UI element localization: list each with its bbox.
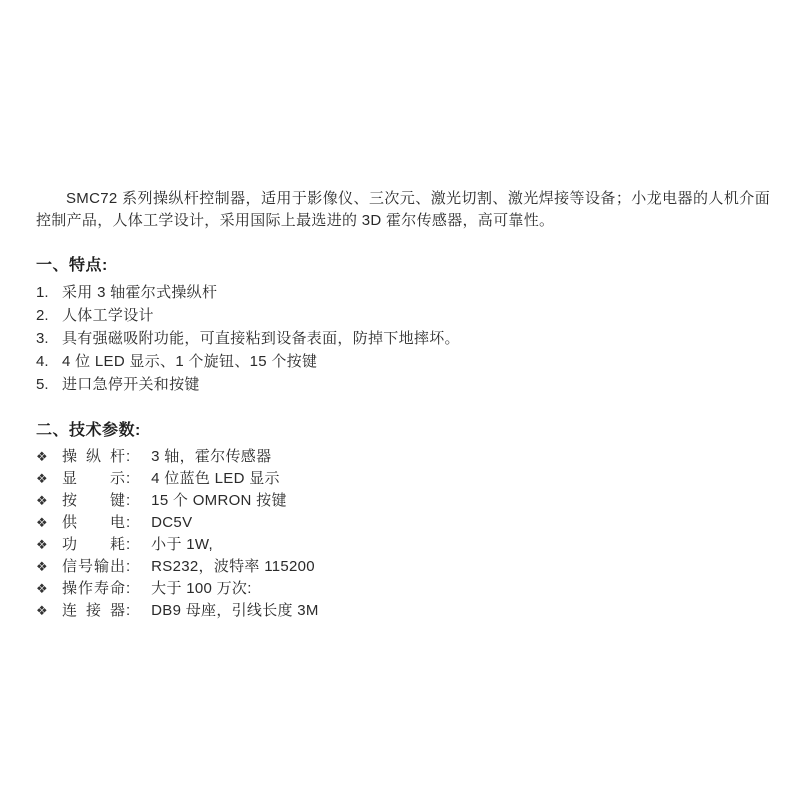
spec-label: 连接器 xyxy=(62,600,125,622)
spec-colon: : xyxy=(126,534,130,556)
spec-row: ❖ 供电: DC5V xyxy=(36,512,770,534)
spec-label: 操纵杆 xyxy=(62,446,125,468)
spec-colon: : xyxy=(126,556,130,578)
spec-value: 大于 100 万次: xyxy=(151,578,252,600)
spec-value: DB9 母座，引线长度 3M xyxy=(151,600,319,622)
item-text: 采用 3 轴霍尔式操纵杆 xyxy=(62,281,217,304)
spec-value: DC5V xyxy=(151,512,192,534)
spec-row: ❖ 操纵杆: 3 轴，霍尔传感器 xyxy=(36,446,770,468)
intro-paragraph: SMC72 系列操纵杆控制器，适用于影像仪、三次元、激光切割、激光焊接等设备；小… xyxy=(36,188,770,231)
spec-value: RS232，波特率 115200 xyxy=(151,556,315,578)
diamond-bullet-icon: ❖ xyxy=(36,578,62,600)
spec-row: ❖ 信号输出: RS232，波特率 115200 xyxy=(36,556,770,578)
spec-colon: : xyxy=(126,512,130,534)
spec-label: 信号输出 xyxy=(62,556,125,578)
feature-item: 1. 采用 3 轴霍尔式操纵杆 xyxy=(36,281,770,304)
item-number: 3. xyxy=(36,327,62,350)
item-number: 1. xyxy=(36,281,62,304)
diamond-bullet-icon: ❖ xyxy=(36,490,62,512)
feature-item: 3. 具有强磁吸附功能，可直接粘到设备表面，防掉下地摔坏。 xyxy=(36,327,770,350)
item-text: 人体工学设计 xyxy=(62,304,154,327)
specs-heading: 二、技术参数: xyxy=(36,417,770,440)
item-text: 4 位 LED 显示、1 个旋钮、15 个按键 xyxy=(62,350,317,373)
spec-value: 4 位蓝色 LED 显示 xyxy=(151,468,280,490)
diamond-bullet-icon: ❖ xyxy=(36,534,62,556)
spec-value: 3 轴，霍尔传感器 xyxy=(151,446,271,468)
diamond-bullet-icon: ❖ xyxy=(36,556,62,578)
diamond-bullet-icon: ❖ xyxy=(36,512,62,534)
spec-value: 小于 1W, xyxy=(151,534,213,556)
item-number: 2. xyxy=(36,304,62,327)
diamond-bullet-icon: ❖ xyxy=(36,468,62,490)
document-content: SMC72 系列操纵杆控制器，适用于影像仪、三次元、激光切割、激光焊接等设备；小… xyxy=(36,188,770,622)
specs-list: ❖ 操纵杆: 3 轴，霍尔传感器 ❖ 显示: 4 位蓝色 LED 显示 ❖ 按键… xyxy=(36,446,770,622)
spec-row: ❖ 连接器: DB9 母座，引线长度 3M xyxy=(36,600,770,622)
item-text: 进口急停开关和按键 xyxy=(62,373,200,396)
item-number: 4. xyxy=(36,350,62,373)
spec-label: 显示 xyxy=(62,468,125,490)
spec-label: 按键 xyxy=(62,490,125,512)
feature-item: 2. 人体工学设计 xyxy=(36,304,770,327)
item-number: 5. xyxy=(36,373,62,396)
spec-row: ❖ 按键: 15 个 OMRON 按键 xyxy=(36,490,770,512)
spec-row: ❖ 显示: 4 位蓝色 LED 显示 xyxy=(36,468,770,490)
features-heading: 一、特点: xyxy=(36,252,770,275)
document-page: SMC72 系列操纵杆控制器，适用于影像仪、三次元、激光切割、激光焊接等设备；小… xyxy=(0,0,800,800)
spec-colon: : xyxy=(126,490,130,512)
spec-row: ❖ 操作寿命: 大于 100 万次: xyxy=(36,578,770,600)
feature-item: 5. 进口急停开关和按键 xyxy=(36,373,770,396)
spec-label: 操作寿命 xyxy=(62,578,125,600)
diamond-bullet-icon: ❖ xyxy=(36,600,62,622)
spec-label: 功耗 xyxy=(62,534,125,556)
spec-colon: : xyxy=(126,468,130,490)
features-list: 1. 采用 3 轴霍尔式操纵杆 2. 人体工学设计 3. 具有强磁吸附功能，可直… xyxy=(36,281,770,396)
feature-item: 4. 4 位 LED 显示、1 个旋钮、15 个按键 xyxy=(36,350,770,373)
spec-colon: : xyxy=(126,578,130,600)
diamond-bullet-icon: ❖ xyxy=(36,446,62,468)
spec-row: ❖ 功耗: 小于 1W, xyxy=(36,534,770,556)
spec-value: 15 个 OMRON 按键 xyxy=(151,490,287,512)
spec-label: 供电 xyxy=(62,512,125,534)
spec-colon: : xyxy=(126,446,130,468)
item-text: 具有强磁吸附功能，可直接粘到设备表面，防掉下地摔坏。 xyxy=(62,327,460,350)
spec-colon: : xyxy=(126,600,130,622)
